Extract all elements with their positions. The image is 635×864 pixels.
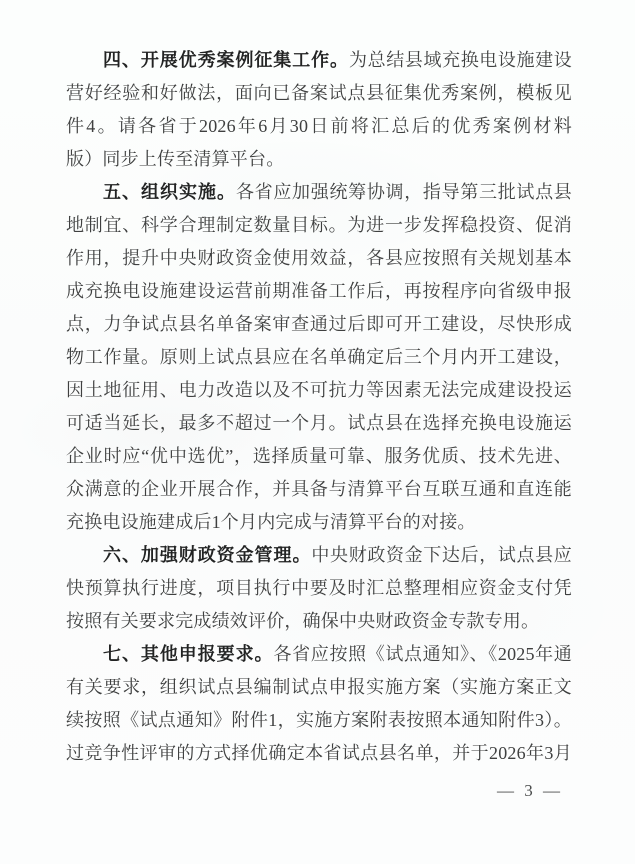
text-line: 过竞争性评审的方式择优确定本省试点县名单，并于2026年3月18 — [66, 737, 572, 770]
line-text: 物工作量。原则上试点县应在名单确定后三个月内开工建设，确 — [66, 347, 572, 374]
line-text: 成充换电设施建设运营前期准备工作后，再按程序向省级申报试 — [66, 281, 572, 308]
text-line: 六、加强财政资金管理。中央财政资金下达后，试点县应加 — [66, 539, 572, 572]
text-line: 成充换电设施建设运营前期准备工作后，再按程序向省级申报试 — [66, 275, 572, 308]
section-heading: 四、开展优秀案例征集工作。 — [103, 50, 349, 70]
text-line: 地制宜、科学合理制定数量目标。为进一步发挥稳投资、促消费 — [66, 209, 572, 242]
section-heading: 六、加强财政资金管理。 — [103, 545, 311, 565]
text-line: 有关要求，组织试点县编制试点申报实施方案（实施方案正文继 — [66, 671, 572, 704]
text-line: 按照有关要求完成绩效评价，确保中央财政资金专款专用。 — [66, 605, 572, 638]
text-line: 营好经验和好做法，面向已备案试点县征集优秀案例，模板见附 — [66, 77, 572, 110]
text-line: 作用，提升中央财政资金使用效益，各县应按照有关规划基本完 — [66, 242, 572, 275]
text-line: 四、开展优秀案例征集工作。为总结县域充换电设施建设运 — [66, 44, 572, 77]
line-text: 地制宜、科学合理制定数量目标。为进一步发挥稳投资、促消费 — [66, 215, 572, 242]
text-line: 可适当延长，最多不超过一个月。试点县在选择充换电设施运营 — [66, 407, 572, 440]
page-number: — 3 — — [497, 781, 563, 801]
text-line: 七、其他申报要求。各省应按照《试点通知》、《2025年通知》 — [66, 638, 572, 671]
line-text: 版）同步上传至清算平台。 — [66, 149, 284, 169]
text-line: 众满意的企业开展合作，并具备与清算平台互联互通和直连能力， — [66, 473, 572, 506]
line-text: 可适当延长，最多不超过一个月。试点县在选择充换电设施运营 — [66, 413, 572, 440]
text-line: 充换电设施建成后1个月内完成与清算平台的对接。 — [66, 506, 572, 539]
line-text: 作用，提升中央财政资金使用效益，各县应按照有关规划基本完 — [66, 248, 572, 275]
line-text: 有关要求，组织试点县编制试点申报实施方案（实施方案正文继 — [66, 677, 572, 704]
document-page: 四、开展优秀案例征集工作。为总结县域充换电设施建设运营好经验和好做法，面向已备案… — [0, 0, 635, 864]
text-line: 续按照《试点通知》附件1，实施方案附表按照本通知附件3）。通 — [66, 704, 572, 737]
text-line: 企业时应“优中选优”，选择质量可靠、服务优质、技术先进、群 — [66, 440, 572, 473]
line-text: 企业时应“优中选优”，选择质量可靠、服务优质、技术先进、群 — [66, 446, 572, 473]
line-text: 因土地征用、电力改造以及不可抗力等因素无法完成建设投运的， — [66, 380, 572, 407]
line-text: 过竞争性评审的方式择优确定本省试点县名单，并于2026年3月18 — [66, 743, 572, 770]
line-text: 营好经验和好做法，面向已备案试点县征集优秀案例，模板见附 — [66, 83, 572, 110]
line-text: 续按照《试点通知》附件1，实施方案附表按照本通知附件3）。通 — [66, 710, 572, 737]
document-body: 四、开展优秀案例征集工作。为总结县域充换电设施建设运营好经验和好做法，面向已备案… — [66, 44, 572, 770]
line-text: 按照有关要求完成绩效评价，确保中央财政资金专款专用。 — [66, 611, 539, 631]
text-line: 件4。请各省于2026年6月30日前将汇总后的优秀案例材料（Word — [66, 110, 572, 143]
text-line: 版）同步上传至清算平台。 — [66, 143, 572, 176]
text-line: 五、组织实施。各省应加强统筹协调，指导第三批试点县因 — [66, 176, 572, 209]
text-line: 因土地征用、电力改造以及不可抗力等因素无法完成建设投运的， — [66, 374, 572, 407]
line-text: 众满意的企业开展合作，并具备与清算平台互联互通和直连能力， — [66, 479, 572, 506]
text-line: 物工作量。原则上试点县应在名单确定后三个月内开工建设，确 — [66, 341, 572, 374]
line-text: 点，力争试点县名单备案审查通过后即可开工建设，尽快形成实 — [66, 314, 572, 341]
section-heading: 五、组织实施。 — [103, 182, 236, 202]
section-heading: 七、其他申报要求。 — [103, 644, 274, 664]
text-line: 点，力争试点县名单备案审查通过后即可开工建设，尽快形成实 — [66, 308, 572, 341]
line-text: 件4。请各省于2026年6月30日前将汇总后的优秀案例材料（Word — [66, 116, 572, 143]
line-text: 充换电设施建成后1个月内完成与清算平台的对接。 — [66, 512, 476, 532]
text-line: 快预算执行进度，项目执行中要及时汇总整理相应资金支付凭证， — [66, 572, 572, 605]
line-text: 快预算执行进度，项目执行中要及时汇总整理相应资金支付凭证， — [66, 578, 572, 605]
